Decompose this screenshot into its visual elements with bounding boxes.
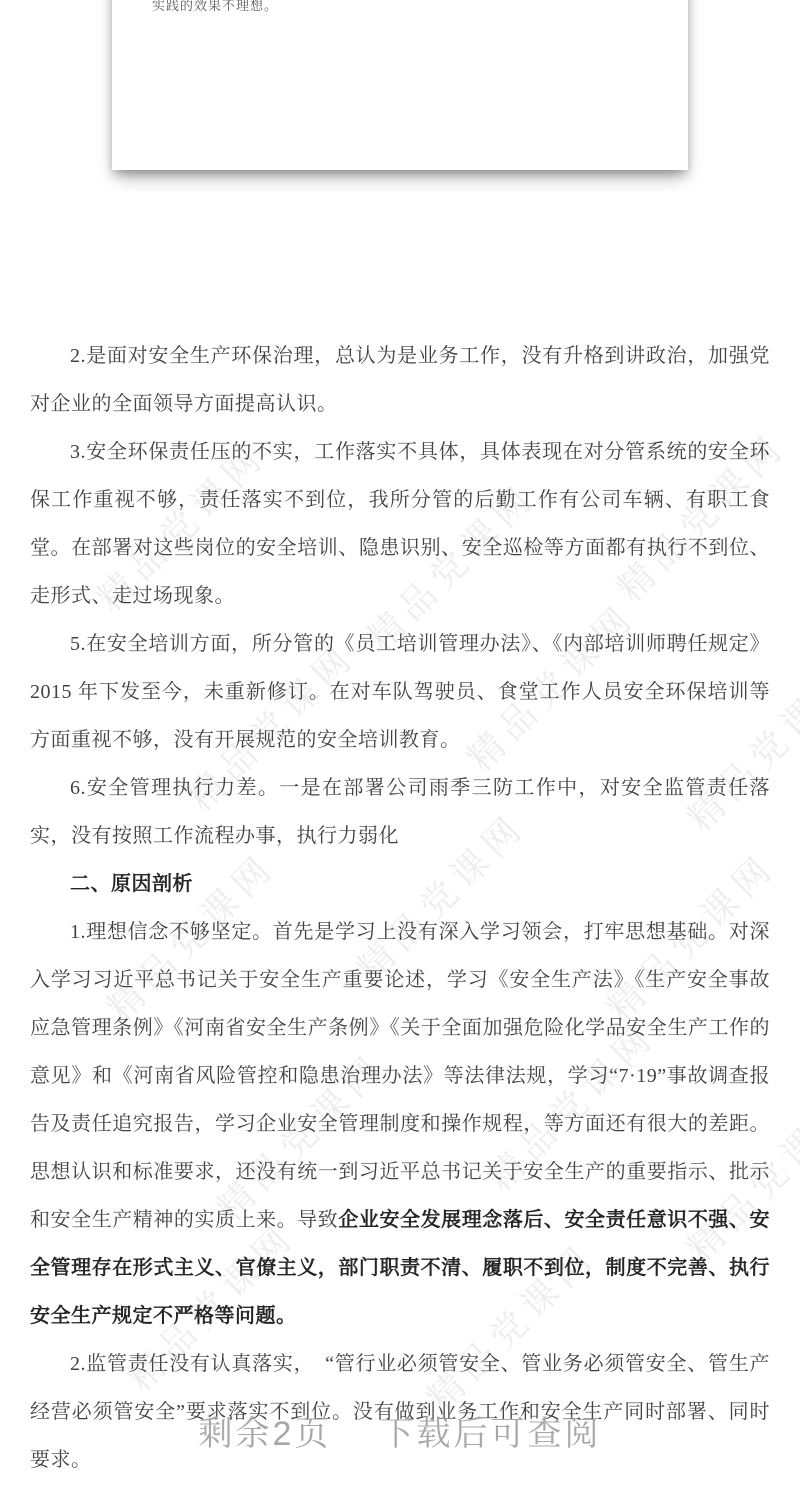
page-preview-text: 实践的效果不理想。 [152,0,278,14]
paragraph: 1.理想信念不够坚定。首先是学习上没有深入学习领会，打牢思想基础。对深入学习习近… [30,908,770,1340]
paragraph: 3.安全环保责任压的不实，工作落实不具体，具体表现在对分管系统的安全环保工作重视… [30,428,770,620]
page-preview-card: 实践的效果不理想。 [112,0,688,170]
download-hint-label: 下载后可查阅 [379,1415,601,1453]
text-run: 5.在安全培训方面，所分管的《员工培训管理办法》、《内部培训师聘任规定》2015… [30,633,770,751]
text-run: 1.理想信念不够坚定。首先是学习上没有深入学习领会，打牢思想基础。对深入学习习近… [30,921,770,1231]
paragraph: 2.是面对安全生产环保治理，总认为是业务工作，没有升格到讲政治，加强党对企业的全… [30,332,770,428]
text-run: 二、原因剖析 [70,873,193,895]
text-run: 6.安全管理执行力差。一是在部署公司雨季三防工作中，对安全监管责任落实，没有按照… [30,777,770,847]
remaining-pages-label: 剩余2页 [199,1415,332,1453]
text-run: 2.是面对安全生产环保治理，总认为是业务工作，没有升格到讲政治，加强党对企业的全… [30,345,770,415]
paragraph: 5.在安全培训方面，所分管的《员工培训管理办法》、《内部培训师聘任规定》2015… [30,620,770,764]
section-heading: 二、原因剖析 [30,860,770,908]
footer-notice: 剩余2页下载后可查阅 [0,1406,800,1455]
document-preview-page: 实践的效果不理想。 精品党课网精品党课网精品党课网精品党课网精品党课网精品党课网… [0,0,800,1512]
document-body: 2.是面对安全生产环保治理，总认为是业务工作，没有升格到讲政治，加强党对企业的全… [30,332,770,1484]
paragraph: 6.安全管理执行力差。一是在部署公司雨季三防工作中，对安全监管责任落实，没有按照… [30,764,770,860]
text-run: 3.安全环保责任压的不实，工作落实不具体，具体表现在对分管系统的安全环保工作重视… [30,441,770,607]
